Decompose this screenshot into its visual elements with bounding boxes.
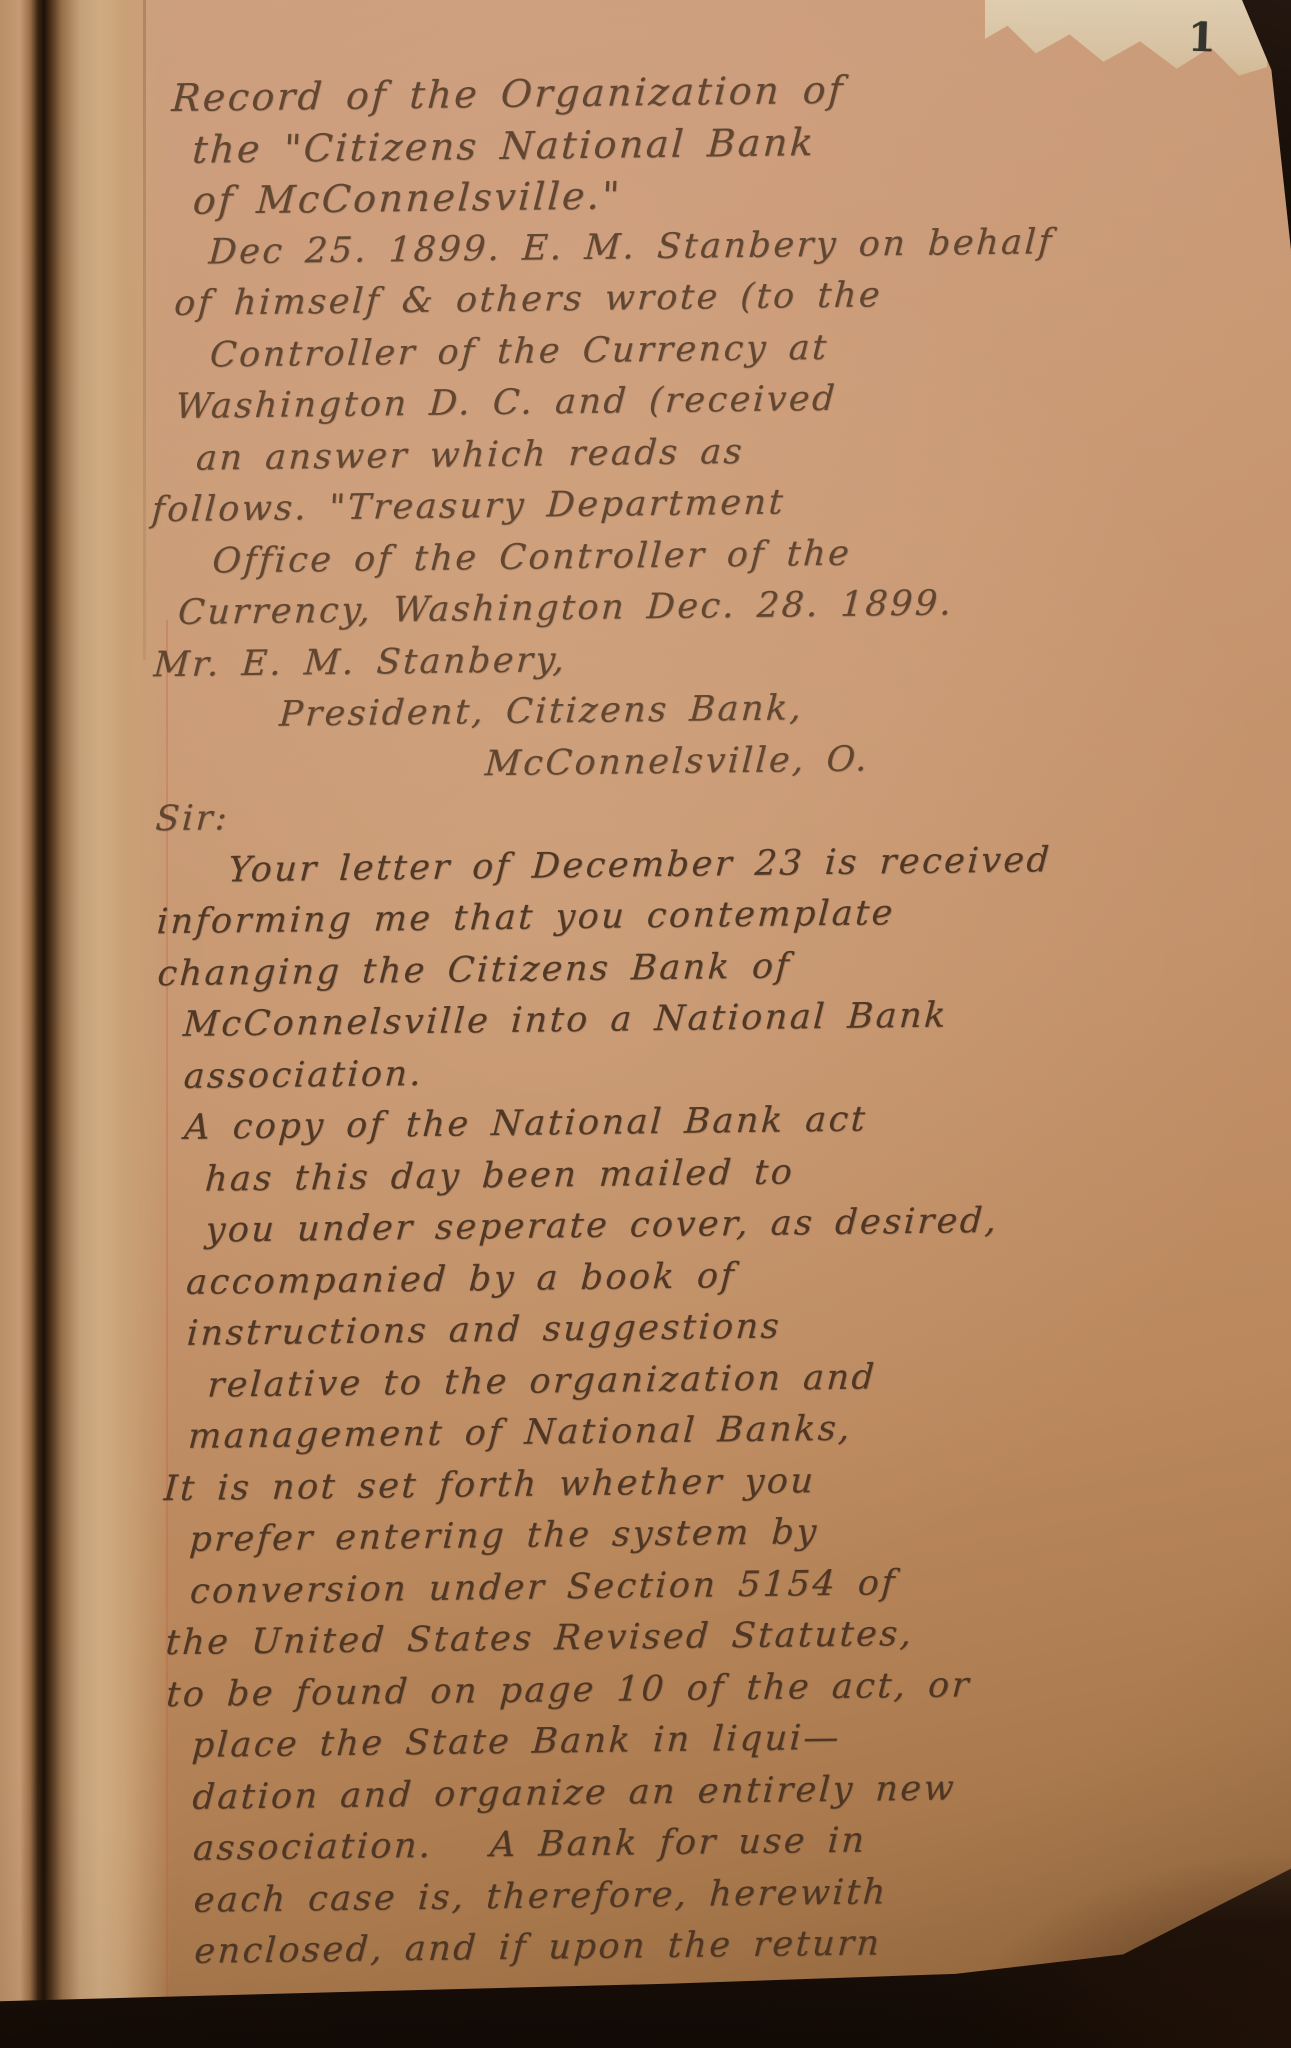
ledger-page-photo: 1 Record of the Organization of the "Cit…: [0, 0, 1291, 2048]
page-number: 1: [1187, 14, 1216, 62]
paper-fold-line: [143, 0, 146, 660]
handwritten-text-block: Record of the Organization of the "Citiz…: [146, 59, 1291, 1979]
